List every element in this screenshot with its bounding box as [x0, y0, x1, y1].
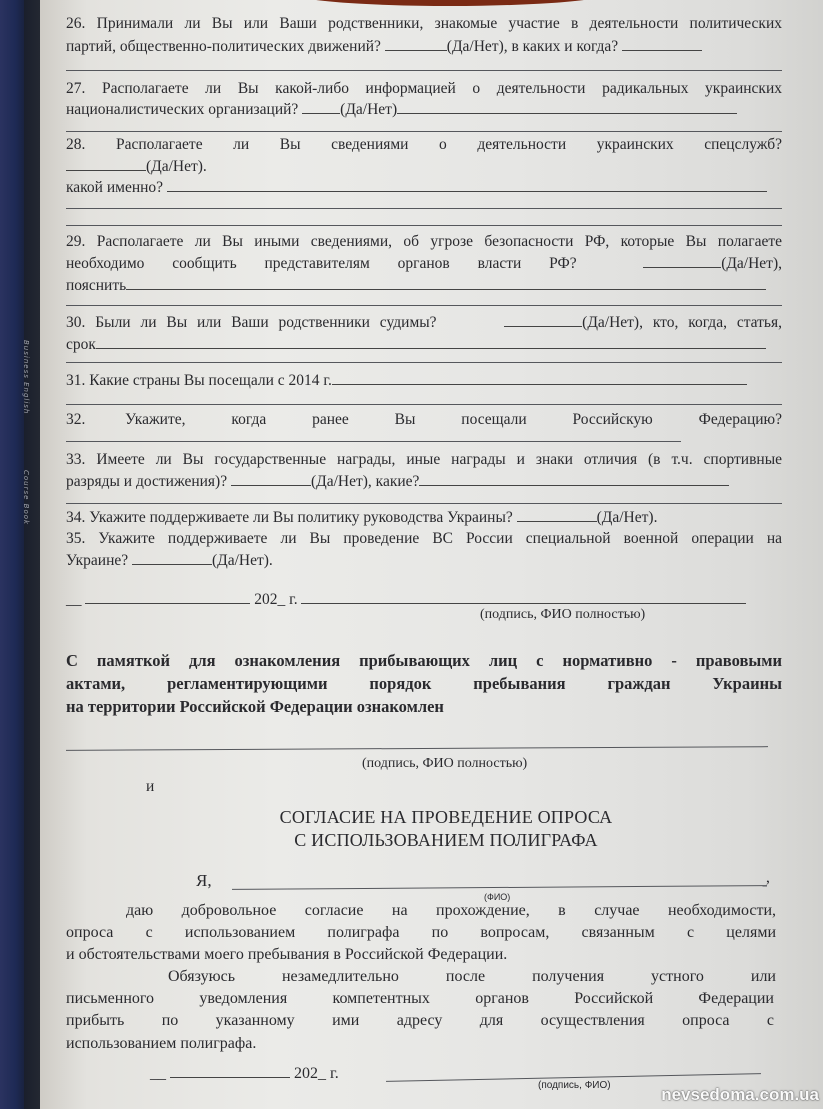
consent-title: СОГЛАСИЕ НА ПРОВЕДЕНИЕ ОПРОСА	[156, 805, 736, 829]
answer-line[interactable]	[66, 404, 782, 405]
answer-blank-27-detail[interactable]	[397, 112, 737, 114]
date-field[interactable]	[85, 602, 250, 604]
consent-paragraph-1: даю добровольное согласие на прохождение…	[126, 900, 776, 922]
consent-paragraph-1: опроса с использованием полиграфа по воп…	[66, 922, 776, 944]
question-26: 26. Принимали ли Вы или Ваши родственник…	[66, 12, 782, 35]
answer-blank-28[interactable]	[66, 169, 146, 171]
answer-blank-29-detail[interactable]	[126, 288, 766, 290]
question-33: 33. Имеете ли Вы государственные награды…	[66, 448, 782, 471]
answer-blank-27[interactable]	[302, 112, 340, 114]
answer-line[interactable]	[66, 305, 782, 306]
answer-line[interactable]	[66, 225, 782, 226]
consent-paragraph-2: Обязуюсь незамедлительно после получения…	[168, 966, 776, 988]
answer-line[interactable]	[66, 503, 782, 504]
answer-line[interactable]	[66, 70, 782, 71]
answer-blank-28-detail[interactable]	[167, 190, 767, 192]
answer-line[interactable]	[66, 441, 681, 442]
question-34: 34. Укажите поддерживаете ли Вы политику…	[66, 506, 782, 529]
answer-blank-33[interactable]	[231, 484, 311, 486]
question-29: 29. Располагаете ли Вы иными сведениями,…	[66, 230, 782, 253]
watermark: nevsedoma.com.ua	[661, 1085, 819, 1105]
consent-signature-caption: (подпись, ФИО)	[538, 1074, 638, 1097]
spine-label: Business English	[22, 340, 30, 414]
acknowledgement-caption: (подпись, ФИО полностью)	[362, 752, 622, 775]
question-27: 27. Располагаете ли Вы какой-либо информ…	[66, 77, 782, 100]
consent-date-field[interactable]	[170, 1076, 290, 1078]
question-30: 30. Были ли Вы или Ваши родственники суд…	[66, 311, 782, 334]
answer-blank-29[interactable]	[643, 266, 721, 268]
consent-title: С ИСПОЛЬЗОВАНИЕМ ПОЛИГРАФА	[156, 828, 736, 852]
question-31: 31. Какие страны Вы посещали с 2014 г.	[66, 369, 782, 392]
answer-line[interactable]	[66, 208, 782, 209]
answer-line[interactable]	[66, 362, 782, 363]
object-on-page-top	[290, 0, 610, 6]
answer-blank-30-detail[interactable]	[96, 347, 766, 349]
answer-blank-26[interactable]	[385, 49, 447, 51]
question-35-line2: Украине? (Да/Нет).	[66, 549, 782, 572]
question-33-line2: разряды и достижения)? (Да/Нет), какие?	[66, 470, 782, 493]
answer-blank-34[interactable]	[517, 520, 597, 522]
consent-paragraph-2: использованием полиграфа.	[66, 1033, 366, 1055]
question-35: 35. Укажите поддерживаете ли Вы проведен…	[66, 527, 782, 550]
consent-paragraph-2: прибыть по указанному ими адресу для осу…	[66, 1010, 774, 1032]
and-label: и	[146, 775, 186, 798]
acknowledgement-text: на территории Российской Федерации ознак…	[66, 694, 782, 719]
question-28: 28. Располагаете ли Вы сведениями о деят…	[66, 133, 782, 156]
answer-blank-35[interactable]	[132, 563, 212, 565]
question-26-line2: партий, общественно-политических движени…	[66, 35, 782, 58]
answer-line[interactable]	[66, 131, 782, 132]
question-29-line2: необходимо сообщить представителям орган…	[66, 252, 782, 275]
question-28-line3: какой именно?	[66, 176, 782, 199]
consent-paragraph-2: письменного уведомления компетентных орг…	[66, 988, 774, 1010]
spine-label: Course Book	[22, 470, 30, 525]
consent-i-label: Я,	[196, 869, 236, 892]
question-30-line2: срок	[66, 333, 782, 356]
answer-blank-31[interactable]	[332, 383, 747, 385]
acknowledgement-text: С памяткой для ознакомления прибывающих …	[66, 648, 782, 673]
question-28-line2: (Да/Нет).	[66, 155, 782, 178]
acknowledgement-text: актами, регламентирующими порядок пребыв…	[66, 671, 782, 696]
consent-paragraph-1: и обстоятельствами моего пребывания в Ро…	[66, 944, 666, 966]
comma: ,	[766, 866, 776, 889]
answer-blank-30[interactable]	[504, 325, 582, 327]
question-27-line2: националистических организаций? (Да/Нет)	[66, 98, 782, 121]
consent-date-row: __ 202_ г.	[150, 1062, 450, 1085]
question-32: 32. Укажите, когда ранее Вы посещали Рос…	[66, 408, 782, 431]
question-29-line3: пояснить	[66, 274, 782, 297]
answer-blank-33-detail[interactable]	[419, 484, 729, 486]
answer-blank-26-detail[interactable]	[622, 49, 702, 51]
signature-caption: (подпись, ФИО полностью)	[480, 603, 740, 626]
